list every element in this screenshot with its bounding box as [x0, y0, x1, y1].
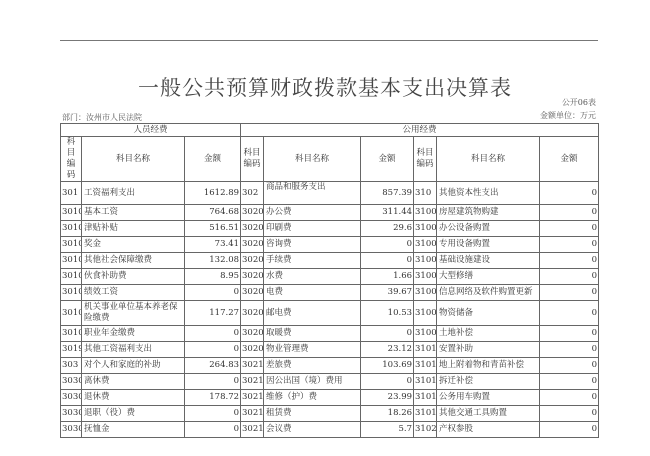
item-code: 30214 — [241, 406, 264, 422]
item-name: 差旅费 — [264, 358, 361, 374]
expenditure-table: 人员经费 公用经费 科目编码 科目名称 金额 科目编码 科目名称 金额 科目编码… — [60, 123, 599, 438]
item-amount: 23.99 — [361, 390, 414, 406]
item-code: 301 — [61, 182, 82, 205]
item-amount: 73.41 — [185, 237, 241, 253]
item-name: 会议费 — [264, 422, 361, 438]
item-amount: 5.7 — [361, 422, 414, 438]
department-label: 部门：汝州市人民法院 — [62, 112, 142, 123]
col-header-name: 科目名称 — [264, 137, 361, 182]
item-code: 30109 — [61, 326, 82, 342]
table-row: 30102津贴补贴516.5130202印刷费29.631002办公设备购置0 — [61, 221, 599, 237]
item-amount: 39.67 — [361, 285, 414, 301]
table-row: 30103奖金73.4130203咨询费031003专用设备购置0 — [61, 237, 599, 253]
form-number: 公开06表 — [562, 97, 596, 108]
item-code: 30207 — [241, 301, 264, 326]
col-header-code: 科目编码 — [241, 137, 264, 182]
table-row: 30108机关事业单位基本养老保险缴费117.2730207邮电费10.5331… — [61, 301, 599, 326]
item-name: 绩效工资 — [82, 285, 185, 301]
item-name: 专用设备购置 — [437, 237, 540, 253]
item-code: 30204 — [241, 253, 264, 269]
item-name: 手续费 — [264, 253, 361, 269]
item-amount: 8.95 — [185, 269, 241, 285]
item-amount: 23.12 — [361, 342, 414, 358]
item-name: 伙食补助费 — [82, 269, 185, 285]
item-name: 邮电费 — [264, 301, 361, 326]
item-amount: 0 — [540, 374, 599, 390]
item-code: 30211 — [241, 358, 264, 374]
item-code: 310 — [414, 182, 437, 205]
item-code: 31020 — [414, 422, 437, 438]
item-code: 30301 — [61, 374, 82, 390]
item-amount: 516.51 — [185, 221, 241, 237]
item-amount: 103.69 — [361, 358, 414, 374]
item-amount: 18.26 — [361, 406, 414, 422]
item-code: 30108 — [61, 301, 82, 326]
item-name: 水费 — [264, 269, 361, 285]
item-code: 31009 — [414, 326, 437, 342]
item-amount: 0 — [540, 342, 599, 358]
item-name: 退休费 — [82, 390, 185, 406]
item-amount: 0 — [540, 390, 599, 406]
item-amount: 117.27 — [185, 301, 241, 326]
table-row: 30107绩效工资030206电费39.6731007信息网络及软件购置更新0 — [61, 285, 599, 301]
item-name: 奖金 — [82, 237, 185, 253]
item-name: 安置补助 — [437, 342, 540, 358]
item-amount: 1612.89 — [185, 182, 241, 205]
item-amount: 178.72 — [185, 390, 241, 406]
item-code: 31002 — [414, 221, 437, 237]
table-row: 30104其他社会保障缴费132.0830204手续费031005基础设施建设0 — [61, 253, 599, 269]
table-row: 30109职业年金缴费030208取暖费031009土地补偿0 — [61, 326, 599, 342]
item-code: 30199 — [61, 342, 82, 358]
item-amount: 0 — [185, 326, 241, 342]
item-amount: 0 — [185, 285, 241, 301]
item-amount: 0 — [185, 406, 241, 422]
item-amount: 0 — [361, 237, 414, 253]
item-name: 抚恤金 — [82, 422, 185, 438]
item-amount: 857.39 — [361, 182, 414, 205]
table-row: 30302退休费178.7230213维修（护）费23.9931013公务用车购… — [61, 390, 599, 406]
group-header-public: 公用经费 — [241, 124, 599, 137]
item-amount: 0 — [540, 253, 599, 269]
group-header-personnel: 人员经费 — [61, 124, 241, 137]
item-name: 基本工资 — [82, 205, 185, 221]
item-code: 31008 — [414, 301, 437, 326]
unit-label: 金额单位：万元 — [540, 110, 596, 121]
item-code: 31012 — [414, 374, 437, 390]
item-code: 302 — [241, 182, 264, 205]
item-name: 维修（护）费 — [264, 390, 361, 406]
item-name: 其他资本性支出 — [437, 182, 540, 205]
item-amount: 311.44 — [361, 205, 414, 221]
item-code: 31005 — [414, 253, 437, 269]
item-code: 31001 — [414, 205, 437, 221]
item-name: 津贴补贴 — [82, 221, 185, 237]
item-amount: 132.08 — [185, 253, 241, 269]
item-code: 30215 — [241, 422, 264, 438]
item-code: 30209 — [241, 342, 264, 358]
item-amount: 0 — [540, 269, 599, 285]
col-header-amount: 金额 — [361, 137, 414, 182]
table-row: 301工资福利支出1612.89302商品和服务支出857.39310其他资本性… — [61, 182, 599, 205]
item-amount: 0 — [361, 326, 414, 342]
item-amount: 0 — [540, 182, 599, 205]
table-row: 303对个人和家庭的补助264.8330211差旅费103.6931011地上附… — [61, 358, 599, 374]
item-code: 31010 — [414, 342, 437, 358]
item-name: 办公费 — [264, 205, 361, 221]
item-code: 31011 — [414, 358, 437, 374]
item-name: 物业管理费 — [264, 342, 361, 358]
item-code: 303 — [61, 358, 82, 374]
table-row: 30106伙食补助费8.9530205水费1.6631006大型修缮0 — [61, 269, 599, 285]
item-code: 31019 — [414, 406, 437, 422]
item-name: 电费 — [264, 285, 361, 301]
col-header-amount: 金额 — [540, 137, 599, 182]
item-name: 其他工资福利支出 — [82, 342, 185, 358]
item-code: 31013 — [414, 390, 437, 406]
item-amount: 0 — [540, 205, 599, 221]
item-amount: 29.6 — [361, 221, 414, 237]
item-amount: 0 — [540, 221, 599, 237]
item-amount: 0 — [185, 342, 241, 358]
item-code: 30212 — [241, 374, 264, 390]
item-name: 职业年金缴费 — [82, 326, 185, 342]
table-row: 30301离休费030212因公出国（境）费用031012拆迁补偿0 — [61, 374, 599, 390]
item-code: 30302 — [61, 390, 82, 406]
table-row: 30199其他工资福利支出030209物业管理费23.1231010安置补助0 — [61, 342, 599, 358]
item-code: 30213 — [241, 390, 264, 406]
page-title: 一般公共预算财政拨款基本支出决算表 — [0, 72, 650, 102]
col-header-code: 科目编码 — [414, 137, 437, 182]
item-amount: 0 — [361, 253, 414, 269]
item-amount: 0 — [185, 374, 241, 390]
item-code: 30201 — [241, 205, 264, 221]
item-name: 因公出国（境）费用 — [264, 374, 361, 390]
item-name: 房屋建筑物购建 — [437, 205, 540, 221]
item-name: 土地补偿 — [437, 326, 540, 342]
item-code: 30101 — [61, 205, 82, 221]
item-code: 30203 — [241, 237, 264, 253]
item-amount: 0 — [185, 422, 241, 438]
item-amount: 0 — [540, 237, 599, 253]
col-header-code: 科目编码 — [61, 137, 82, 182]
item-name: 租赁费 — [264, 406, 361, 422]
item-name: 机关事业单位基本养老保险缴费 — [82, 301, 185, 326]
item-name: 办公设备购置 — [437, 221, 540, 237]
item-amount: 10.53 — [361, 301, 414, 326]
table-row: 30101基本工资764.6830201办公费311.4431001房屋建筑物购… — [61, 205, 599, 221]
item-name: 大型修缮 — [437, 269, 540, 285]
item-amount: 264.83 — [185, 358, 241, 374]
item-name: 物资储备 — [437, 301, 540, 326]
table-row: 30304抚恤金030215会议费5.731020产权参股0 — [61, 422, 599, 438]
item-code: 31007 — [414, 285, 437, 301]
item-amount: 0 — [361, 374, 414, 390]
item-name: 地上附着物和青苗补偿 — [437, 358, 540, 374]
item-name: 公务用车购置 — [437, 390, 540, 406]
item-code: 30208 — [241, 326, 264, 342]
item-amount: 0 — [540, 358, 599, 374]
item-amount: 0 — [540, 406, 599, 422]
item-amount: 1.66 — [361, 269, 414, 285]
item-name: 商品和服务支出 — [264, 182, 361, 205]
item-name: 拆迁补偿 — [437, 374, 540, 390]
item-code: 31006 — [414, 269, 437, 285]
item-code: 30202 — [241, 221, 264, 237]
item-amount: 0 — [540, 301, 599, 326]
item-amount: 764.68 — [185, 205, 241, 221]
item-code: 30205 — [241, 269, 264, 285]
item-amount: 0 — [540, 285, 599, 301]
item-name: 工资福利支出 — [82, 182, 185, 205]
item-name: 离休费 — [82, 374, 185, 390]
item-code: 31003 — [414, 237, 437, 253]
item-name: 印刷费 — [264, 221, 361, 237]
item-name: 咨询费 — [264, 237, 361, 253]
item-code: 30304 — [61, 422, 82, 438]
item-name: 退职（役）费 — [82, 406, 185, 422]
col-header-name: 科目名称 — [437, 137, 540, 182]
item-name: 对个人和家庭的补助 — [82, 358, 185, 374]
item-name: 取暖费 — [264, 326, 361, 342]
item-code: 30106 — [61, 269, 82, 285]
item-code: 30102 — [61, 221, 82, 237]
item-code: 30107 — [61, 285, 82, 301]
item-amount: 0 — [540, 326, 599, 342]
item-amount: 0 — [540, 422, 599, 438]
item-name: 其他交通工具购置 — [437, 406, 540, 422]
item-code: 30206 — [241, 285, 264, 301]
item-code: 30303 — [61, 406, 82, 422]
item-code: 30104 — [61, 253, 82, 269]
item-code: 30103 — [61, 237, 82, 253]
item-name: 其他社会保障缴费 — [82, 253, 185, 269]
item-name: 信息网络及软件购置更新 — [437, 285, 540, 301]
col-header-amount: 金额 — [185, 137, 241, 182]
item-name: 基础设施建设 — [437, 253, 540, 269]
col-header-name: 科目名称 — [82, 137, 185, 182]
top-rule — [60, 40, 598, 41]
item-name: 产权参股 — [437, 422, 540, 438]
table-row: 30303退职（役）费030214租赁费18.2631019其他交通工具购置0 — [61, 406, 599, 422]
